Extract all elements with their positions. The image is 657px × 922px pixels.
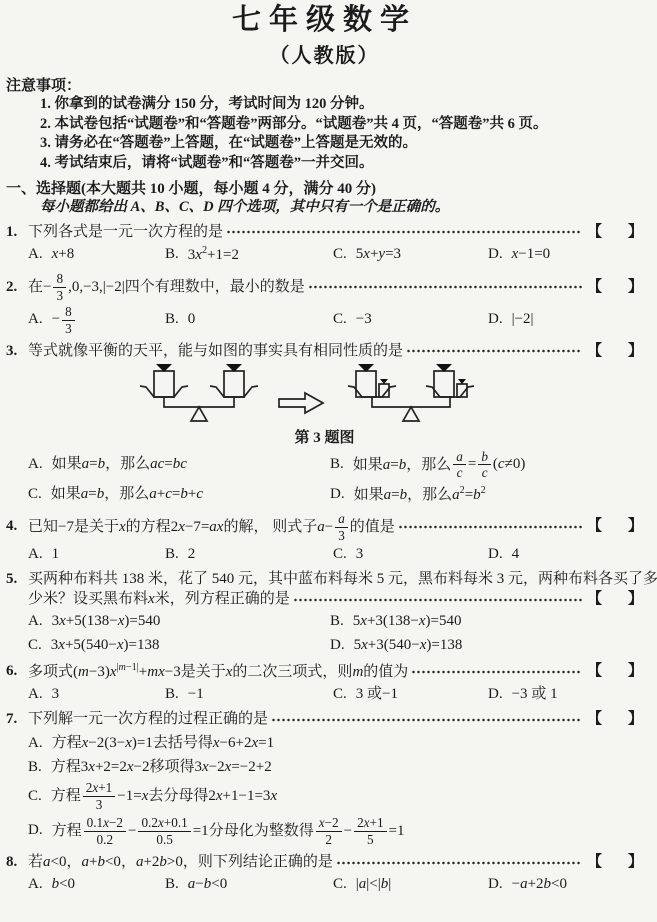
option-B: B.0 — [165, 310, 333, 330]
math-expression: 2x+13−1=x — [81, 788, 149, 804]
option-A: A.−83 — [28, 305, 165, 336]
option-C: C.3x+5(540−x)=138 — [28, 636, 330, 656]
option-D: D.5x+3(540−x)=138 — [330, 636, 643, 656]
option-A: A.3 — [28, 685, 165, 705]
question-stem: 下列解一元一次方程的过程正确的是 — [28, 710, 268, 730]
option-A: A.b<0 — [28, 875, 165, 895]
option-text: 如果a=b，那么ac=bc(c≠0) — [353, 450, 526, 481]
option-C: C.|a|<|b| — [333, 875, 488, 895]
option-D: D.如果a=b，那么a2=b2 — [330, 484, 643, 506]
option-label: B. — [165, 245, 179, 265]
math-expression: 1 — [52, 546, 60, 562]
option-label: B. — [165, 685, 179, 705]
option-label: B. — [165, 875, 179, 895]
option-C: C.3 或−1 — [333, 685, 488, 705]
fraction: 2x+13 — [83, 781, 115, 812]
math-expression: −3 — [356, 311, 372, 327]
bracket-close: 】 — [628, 853, 643, 873]
answer-bracket: 【】 — [587, 853, 643, 873]
question-number: 3. — [6, 342, 28, 362]
option-label: C. — [333, 685, 347, 705]
math-expression: a=b — [383, 456, 406, 472]
math-expression: x — [119, 519, 126, 535]
option-text: −83 — [52, 305, 77, 336]
math-expression: −7 — [58, 519, 74, 535]
bracket-close: 】 — [628, 517, 643, 537]
option-label: A. — [28, 734, 43, 754]
option-text: −1 — [188, 685, 204, 705]
question-stem-line: 6.多项式(m−3)x|m−1|+mx−3是关于x的二次三项式，则m的值为 【】 — [6, 661, 643, 683]
question-stem: 下列各式是一元一次方程的是 — [28, 223, 223, 243]
option-label: D. — [330, 636, 345, 656]
option-label: C. — [333, 245, 347, 265]
option-label: A. — [28, 310, 43, 330]
balance-left — [140, 371, 258, 421]
options: A.3x+5(138−x)=540B.5x+3(138−x)=540C.3x+5… — [6, 612, 643, 655]
section-instruction: 每小题都给出 A、B、C、D 四个选项，其中只有一个是正确的。 — [40, 198, 643, 217]
math-expression: a=b — [384, 487, 407, 503]
option-B: B.2 — [165, 545, 333, 565]
math-expression: x+8 — [52, 246, 75, 262]
question-stem: 已知−7是关于x的方程2x−7=ax的解， 则式子a−a3的值是 — [28, 512, 395, 543]
question-stem: 买两种布料共 138 米，花了 540 元，其中蓝布料每米 5 元，黑布料每米 … — [28, 570, 657, 590]
section-heading: 一、选择题(本大题共 10 小题，每小题 4 分，满分 40 分) — [6, 177, 643, 198]
fraction: 83 — [53, 272, 66, 303]
option-C: C.如果a=b，那么a+c=b+c — [28, 485, 330, 505]
fraction: 0.2x+0.10.5 — [138, 816, 190, 847]
question-stem-line: 7.下列解一元一次方程的过程正确的是 【】 — [6, 710, 643, 730]
option-label: D. — [488, 875, 503, 895]
bracket-open: 【 — [587, 590, 602, 610]
options: A.−83B.0C.−3D.|−2| — [6, 305, 643, 336]
option-text: x+8 — [52, 245, 75, 265]
math-expression: a−b<0 — [188, 876, 227, 892]
answer-bracket: 【】 — [587, 342, 643, 362]
question-stem: 多项式(m−3)x|m−1|+mx−3是关于x的二次三项式，则m的值为 — [28, 661, 408, 683]
bracket-close: 】 — [628, 342, 643, 362]
question-number: 7. — [6, 710, 28, 730]
bracket-open: 【 — [587, 853, 602, 873]
option-label: A. — [28, 545, 43, 565]
option-label: D. — [488, 310, 503, 330]
fraction: 2x+15 — [354, 816, 386, 847]
option-B: B.5x+3(138−x)=540 — [330, 612, 643, 632]
math-expression: x−2(3−x)=1 — [82, 735, 153, 751]
option-text: 方程3x+2=2x−2移项得3x−2x=−2+2 — [51, 758, 272, 778]
question-stem-line: 5.买两种布料共 138 米，花了 540 元，其中蓝布料每米 5 元，黑布料每… — [6, 570, 643, 590]
math-expression: a<0 — [43, 854, 66, 870]
question-stem-line: 3.等式就像平衡的天平，能与如图的事实具有相同性质的是【】 — [6, 341, 643, 361]
math-expression: 3 — [356, 686, 364, 702]
option-label: B. — [28, 758, 42, 778]
question-2: 2.在−83,0,−3,|−2|四个有理数中，最小的数是【】A.−83B.0C.… — [6, 272, 643, 335]
answer-bracket: 【】 — [587, 710, 643, 730]
option-B: B.−1 — [165, 685, 333, 705]
bracket-close: 】 — [628, 590, 643, 610]
questions: 1.下列各式是一元一次方程的是【】A.x+8B.3x2+1=2C.5x+y=3D… — [6, 222, 643, 894]
option-D: D.−a+2b<0 — [488, 875, 643, 895]
option-text: −3 或 1 — [512, 685, 558, 705]
option-text: 3x+5(138−x)=540 — [52, 612, 161, 632]
math-expression: (m−3)x|m−1|+mx−3 — [73, 664, 181, 680]
option-label: C. — [28, 636, 42, 656]
math-expression: 5x+3(540−x)=138 — [354, 637, 463, 653]
option-text: 2 — [188, 545, 196, 565]
option-label: B. — [165, 310, 179, 330]
option-text: 如果a=b，那么a2=b2 — [354, 484, 486, 506]
figure-caption: 第 3 题图 — [6, 430, 643, 447]
weight-caps-right — [358, 364, 466, 384]
math-expression: −1 — [382, 686, 398, 702]
math-expression: 0 — [188, 311, 196, 327]
question-number: 5. — [6, 570, 28, 590]
option-label: D. — [330, 485, 345, 505]
question-stem-line: 1.下列各式是一元一次方程的是【】 — [6, 222, 643, 242]
balance-right — [348, 371, 474, 421]
dotted-leader — [398, 523, 582, 531]
dotted-leader — [336, 859, 582, 867]
superscript: 2 — [202, 245, 207, 256]
math-expression: 3x+2=2x−2 — [81, 759, 150, 775]
options: A.方程x−2(3−x)=1去括号得x−6+2x=1B.方程3x+2=2x−2移… — [6, 734, 643, 846]
question-8: 8.若a<0，a+b<0，a+2b>0，则下列结论正确的是【】A.b<0B.a−… — [6, 853, 643, 895]
answer-bracket: 【】 — [587, 590, 643, 610]
bracket-open: 【 — [587, 278, 602, 298]
page-subtitle: （人教版） — [6, 39, 643, 68]
math-expression: x−1=0 — [512, 246, 551, 262]
dotted-leader — [308, 283, 582, 291]
fraction: ac — [453, 450, 466, 481]
answer-bracket: 【】 — [587, 223, 643, 243]
fraction: 83 — [62, 305, 75, 336]
math-expression: a=b — [82, 456, 105, 472]
answer-bracket: 【】 — [587, 517, 643, 537]
option-label: D. — [488, 685, 503, 705]
option-C: C.5x+y=3 — [333, 245, 488, 265]
math-expression: 3x−2x=−2+2 — [195, 759, 272, 775]
option-label: C. — [333, 545, 347, 565]
bracket-open: 【 — [587, 223, 602, 243]
option-C: C.−3 — [333, 310, 488, 330]
math-expression: b<0 — [52, 876, 75, 892]
superscript: 2 — [460, 485, 465, 496]
question-number: 2. — [6, 278, 28, 298]
math-expression: |a|<|b| — [356, 876, 392, 892]
fraction: a3 — [335, 512, 348, 543]
option-text: 5x+y=3 — [356, 245, 401, 265]
math-expression: 0.1x−20.2−0.2x+0.10.5=1 — [82, 823, 209, 839]
dotted-leader — [411, 668, 582, 676]
math-expression: a2=b2 — [452, 487, 486, 503]
options: A.如果a=b，那么ac=bcB.如果a=b，那么ac=bc(c≠0)C.如果a… — [6, 450, 643, 506]
superscript: |m−1| — [117, 662, 139, 673]
bracket-close: 】 — [628, 278, 643, 298]
notice-list: 1. 你拿到的试卷满分 150 分，考试时间为 120 分钟。2. 本试卷包括“… — [6, 95, 643, 173]
option-text: 如果a=b，那么a+c=b+c — [51, 485, 203, 505]
math-expression: |−2| — [512, 311, 534, 327]
option-label: B. — [330, 455, 344, 475]
option-D: D.x−1=0 — [488, 245, 643, 265]
math-expression: 2x−7=ax — [171, 519, 224, 535]
option-label: C. — [333, 310, 347, 330]
superscript: 2 — [481, 485, 486, 496]
option-text: −3 — [356, 310, 372, 330]
options: A.x+8B.3x2+1=2C.5x+y=3D.x−1=0 — [6, 244, 643, 266]
math-expression: −83,0,−3,|−2| — [43, 279, 125, 295]
math-expression: 3x+5(138−x)=540 — [52, 613, 161, 629]
math-expression: x — [148, 591, 155, 607]
math-expression: −3 — [512, 686, 528, 702]
fraction: 0.1x−20.2 — [84, 816, 126, 847]
math-expression: x−6+2x=1 — [213, 735, 274, 751]
option-label: C. — [28, 787, 42, 807]
dotted-leader — [226, 228, 582, 236]
option-text: |−2| — [512, 310, 534, 330]
bracket-open: 【 — [587, 517, 602, 537]
option-A: A.1 — [28, 545, 165, 565]
question-number: 4. — [6, 517, 28, 537]
math-expression: x−22−2x+15=1 — [314, 823, 405, 839]
balance-scales-diagram — [129, 363, 521, 425]
option-B: B.如果a=b，那么ac=bc(c≠0) — [330, 450, 643, 481]
options: A.3B.−1C.3 或−1D.−3 或 1 — [6, 685, 643, 705]
option-text: b<0 — [52, 875, 75, 895]
option-label: B. — [330, 612, 344, 632]
question-stem: 若a<0，a+b<0，a+2b>0，则下列结论正确的是 — [28, 853, 333, 873]
option-label: D. — [488, 245, 503, 265]
option-text: 3 — [356, 545, 364, 565]
notice-item: 2. 本试卷包括“试题卷”和“答题卷”两部分。“试题卷”共 4 页，“答题卷”共… — [40, 115, 643, 135]
math-expression: m — [352, 664, 363, 680]
question-stem-line: 少米？设买黑布料x米，列方程正确的是【】 — [6, 590, 643, 610]
option-text: x−1=0 — [512, 245, 551, 265]
bracket-open: 【 — [587, 662, 602, 682]
dotted-leader — [406, 347, 582, 355]
option-text: |a|<|b| — [356, 875, 392, 895]
math-expression: −83 — [52, 311, 77, 327]
question-number: 6. — [6, 662, 28, 682]
option-label: C. — [28, 485, 42, 505]
option-A: A.如果a=b，那么ac=bc — [28, 455, 330, 475]
math-expression: 3 — [52, 686, 60, 702]
option-B: B.a−b<0 — [165, 875, 333, 895]
option-label: A. — [28, 245, 43, 265]
option-label: A. — [28, 685, 43, 705]
option-text: 4 — [512, 545, 520, 565]
question-6: 6.多项式(m−3)x|m−1|+mx−3是关于x的二次三项式，则m的值为 【】… — [6, 661, 643, 704]
option-label: C. — [333, 875, 347, 895]
option-text: 5x+3(540−x)=138 — [354, 636, 463, 656]
option-text: 方程0.1x−20.2−0.2x+0.10.5=1分母化为整数得x−22−2x+… — [52, 816, 405, 847]
option-D: D.方程0.1x−20.2−0.2x+0.10.5=1分母化为整数得x−22−2… — [28, 816, 643, 847]
option-label: A. — [28, 612, 43, 632]
option-text: 方程2x+13−1=x去分母得2x+1−1=3x — [51, 781, 277, 812]
math-expression: a=b — [81, 486, 104, 502]
exam-paper: 七年级数学 （人教版） 注意事项： 1. 你拿到的试卷满分 150 分，考试时间… — [0, 0, 657, 894]
math-expression: a+b<0 — [82, 854, 121, 870]
option-text: 1 — [52, 545, 60, 565]
math-expression: 1 — [550, 686, 558, 702]
math-expression: −a+2b<0 — [512, 876, 567, 892]
option-D: D.−3 或 1 — [488, 685, 643, 705]
option-C: C.3 — [333, 545, 488, 565]
notice-heading: 注意事项： — [6, 74, 643, 95]
option-label: A. — [28, 455, 43, 475]
dotted-leader — [271, 716, 582, 724]
option-D: D.|−2| — [488, 310, 643, 330]
notice-item: 4. 考试结束后，请将“试题卷”和“答题卷”一并交回。 — [40, 154, 643, 174]
question-stem: 在−83,0,−3,|−2|四个有理数中，最小的数是 — [28, 272, 305, 303]
math-expression: −1 — [188, 686, 204, 702]
math-expression: ac=bc(c≠0) — [451, 456, 525, 472]
option-D: D.4 — [488, 545, 643, 565]
math-expression: 3x2+1=2 — [188, 247, 239, 263]
option-text: 3x2+1=2 — [188, 244, 239, 266]
bracket-open: 【 — [587, 710, 602, 730]
option-text: 3 — [52, 685, 60, 705]
question-stem: 等式就像平衡的天平，能与如图的事实具有相同性质的是 — [28, 342, 403, 362]
question-figure: 第 3 题图 — [6, 363, 643, 447]
option-text: 0 — [188, 310, 196, 330]
question-7: 7.下列解一元一次方程的过程正确的是 【】A.方程x−2(3−x)=1去括号得x… — [6, 710, 643, 846]
bracket-close: 】 — [628, 662, 643, 682]
math-expression: 3 — [356, 546, 364, 562]
math-expression: a+c=b+c — [149, 486, 203, 502]
option-B: B.3x2+1=2 — [165, 244, 333, 266]
fraction: x−22 — [316, 816, 342, 847]
answer-bracket: 【】 — [587, 662, 643, 682]
option-text: 方程x−2(3−x)=1去括号得x−6+2x=1 — [52, 734, 275, 754]
option-text: a−b<0 — [188, 875, 227, 895]
question-stem-line: 2.在−83,0,−3,|−2|四个有理数中，最小的数是【】 — [6, 272, 643, 303]
option-label: D. — [28, 821, 43, 841]
options: A.b<0B.a−b<0C.|a|<|b|D.−a+2b<0 — [6, 875, 643, 895]
question-stem-line: 4.已知−7是关于x的方程2x−7=ax的解， 则式子a−a3的值是【】 — [6, 512, 643, 543]
bracket-close: 】 — [628, 710, 643, 730]
option-text: 5x+3(138−x)=540 — [353, 612, 462, 632]
math-expression: 2x+1−1=3x — [208, 788, 277, 804]
dotted-leader — [293, 596, 582, 604]
option-label: D. — [488, 545, 503, 565]
arrow-icon — [279, 393, 323, 413]
math-expression: ac=bc — [150, 456, 187, 472]
option-label: B. — [165, 545, 179, 565]
option-text: 3x+5(540−x)=138 — [51, 636, 160, 656]
math-expression: 4 — [512, 546, 520, 562]
question-number: 8. — [6, 853, 28, 873]
option-text: 如果a=b，那么ac=bc — [52, 455, 187, 475]
math-expression: 5x+y=3 — [356, 246, 401, 262]
question-1: 1.下列各式是一元一次方程的是【】A.x+8B.3x2+1=2C.5x+y=3D… — [6, 222, 643, 266]
math-expression: 2 — [188, 546, 196, 562]
notice-item: 3. 请务必在“答题卷”上答题，在“试题卷”上答题是无效的。 — [40, 134, 643, 154]
math-expression: 5x+3(138−x)=540 — [353, 613, 462, 629]
math-expression: x — [226, 664, 233, 680]
math-expression: a−a3 — [317, 519, 350, 535]
page-title: 七年级数学 — [6, 4, 643, 37]
notice-item: 1. 你拿到的试卷满分 150 分，考试时间为 120 分钟。 — [40, 95, 643, 115]
option-C: C.方程2x+13−1=x去分母得2x+1−1=3x — [28, 781, 643, 812]
option-text: −a+2b<0 — [512, 875, 567, 895]
option-label: A. — [28, 875, 43, 895]
option-A: A.方程x−2(3−x)=1去括号得x−6+2x=1 — [28, 734, 643, 754]
bracket-close: 】 — [628, 223, 643, 243]
math-expression: 3x+5(540−x)=138 — [51, 637, 160, 653]
question-stem: 少米？设买黑布料x米，列方程正确的是 — [28, 590, 290, 610]
option-B: B.方程3x+2=2x−2移项得3x−2x=−2+2 — [28, 758, 643, 778]
option-A: A.x+8 — [28, 245, 165, 265]
fraction: bc — [478, 450, 491, 481]
option-A: A.3x+5(138−x)=540 — [28, 612, 330, 632]
math-expression: a+2b>0 — [136, 854, 183, 870]
option-text: 3 或−1 — [356, 685, 398, 705]
bracket-open: 【 — [587, 342, 602, 362]
answer-bracket: 【】 — [587, 278, 643, 298]
options: A.1B.2C.3D.4 — [6, 545, 643, 565]
question-5: 5.买两种布料共 138 米，花了 540 元，其中蓝布料每米 5 元，黑布料每… — [6, 570, 643, 655]
question-3: 3.等式就像平衡的天平，能与如图的事实具有相同性质的是【】 — [6, 341, 643, 505]
question-stem-line: 8.若a<0，a+b<0，a+2b>0，则下列结论正确的是【】 — [6, 853, 643, 873]
question-4: 4.已知−7是关于x的方程2x−7=ax的解， 则式子a−a3的值是【】A.1B… — [6, 512, 643, 564]
question-number: 1. — [6, 223, 28, 243]
